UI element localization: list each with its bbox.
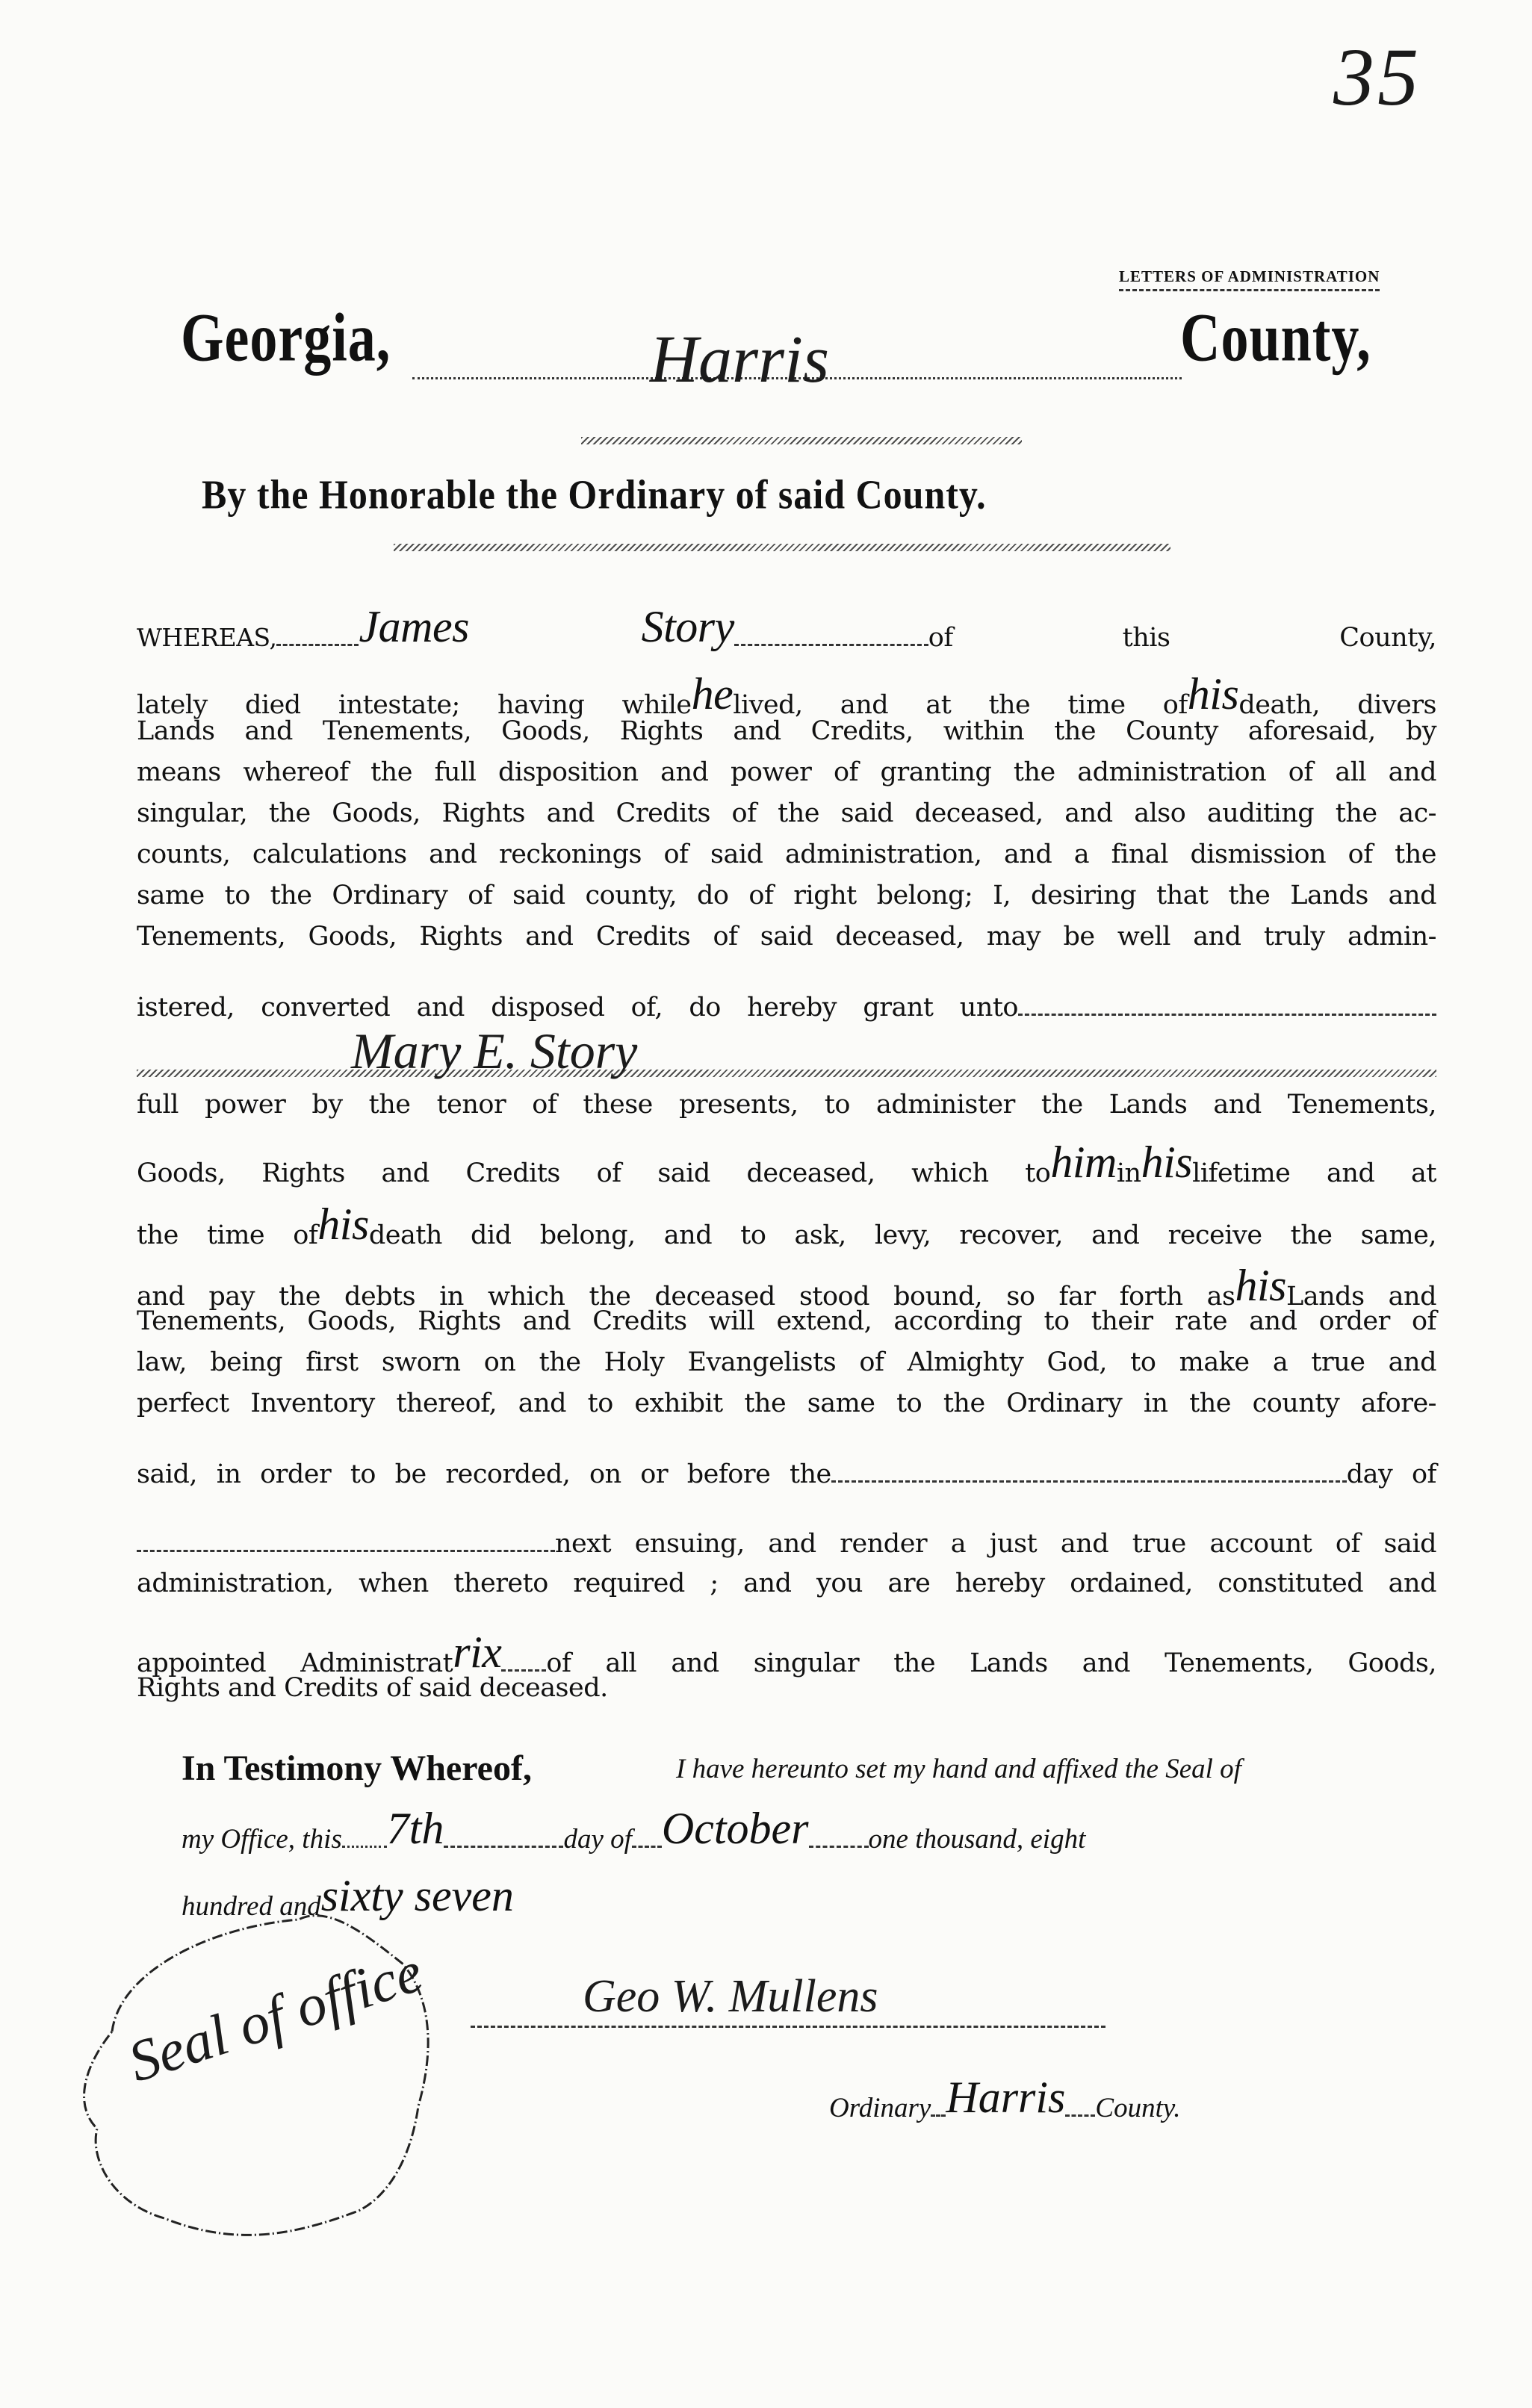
signature-line — [471, 2026, 1105, 2028]
text: one thousand, eight — [869, 1824, 1086, 1855]
body-line: Rights and Credits of said deceased. — [137, 1675, 608, 1701]
body-line: same to the Ordinary of said county, do … — [137, 883, 1436, 909]
body-line: said, in order to be recorded, on or bef… — [137, 1462, 1436, 1488]
text: Goods, Rights and Credits of said deceas… — [137, 1158, 1050, 1188]
body-line: means whereof the full disposition and p… — [137, 760, 1436, 786]
body-line: Goods, Rights and Credits of said deceas… — [137, 1144, 1436, 1189]
whereas-label: WHEREAS, — [137, 623, 276, 652]
text: day of — [1347, 1459, 1436, 1489]
body-line: lately died intestate; having whileheliv… — [137, 676, 1436, 721]
body-line: counts, calculations and reckonings of s… — [137, 842, 1436, 868]
body-line: istered, converted and disposed of, do h… — [137, 995, 1436, 1021]
text: the time of — [137, 1220, 317, 1250]
pronoun-fill: his — [1188, 669, 1239, 719]
county-fill: Harris — [946, 2073, 1065, 2122]
pronoun-fill: his — [1141, 1138, 1193, 1187]
pronoun-fill: his — [317, 1200, 369, 1249]
body-line: and pay the debts in which the deceased … — [137, 1267, 1436, 1312]
body-line: singular, the Goods, Rights and Credits … — [137, 801, 1436, 827]
text: lately died intestate; having while — [137, 690, 692, 720]
text: next ensuing, and render a just and true… — [555, 1529, 1436, 1559]
text: of all and singular the Lands and Teneme… — [546, 1648, 1436, 1678]
body-line: perfect Inventory thereof, and to exhibi… — [137, 1391, 1436, 1417]
text: death, divers — [1238, 690, 1436, 720]
body-line: Tenements, Goods, Rights and Credits wil… — [137, 1309, 1436, 1335]
body-line: Tenements, Goods, Rights and Credits of … — [137, 924, 1436, 950]
pronoun-fill: him — [1050, 1138, 1117, 1187]
testimony-text: I have hereunto set my hand and affixed … — [676, 1753, 1241, 1785]
pronoun-fill: his — [1235, 1261, 1287, 1310]
text: death did belong, and to ask, levy, reco… — [369, 1220, 1436, 1250]
text: of this County, — [928, 623, 1436, 653]
page-number: 35 — [1333, 30, 1421, 125]
body-line: administration, when thereto required ; … — [137, 1571, 1436, 1597]
divider-rule — [137, 1070, 1436, 1077]
text: in — [1117, 1158, 1141, 1188]
text: lifetime and at — [1192, 1158, 1436, 1188]
text: day of — [563, 1824, 631, 1855]
county-title: County, — [1180, 299, 1371, 378]
text: istered, converted and disposed of, do h… — [137, 993, 1018, 1023]
body-line: next ensuing, and render a just and true… — [137, 1531, 1436, 1557]
testimony-date-line: my Office, this7thday ofOctoberone thous… — [182, 1807, 1085, 1859]
divider-rule — [394, 544, 1170, 551]
seal-of-office: Seal of office — [15, 1860, 553, 2251]
text: said, in order to be recorded, on or bef… — [137, 1459, 831, 1489]
pronoun-fill: he — [692, 669, 734, 719]
text: County. — [1095, 2093, 1180, 2123]
body-line: appointed Administratrixof all and singu… — [137, 1634, 1436, 1679]
signature: Geo W. Mullens — [583, 1970, 878, 2023]
body-line: law, being first sworn on the Holy Evang… — [137, 1350, 1436, 1376]
text: my Office, this — [182, 1824, 342, 1855]
divider-rule — [581, 437, 1022, 444]
form-label: LETTERS OF ADMINISTRATION — [1119, 267, 1380, 291]
text: Ordinary — [829, 2093, 931, 2123]
state-title: Georgia, — [181, 299, 391, 378]
body-line: full power by the tenor of these present… — [137, 1092, 1436, 1118]
ordinary-line: OrdinaryHarrisCounty. — [829, 2076, 1181, 2128]
title-suffix-fill: rix — [453, 1627, 501, 1677]
deceased-name: James Story — [359, 602, 734, 651]
testimony-label: In Testimony Whereof, — [182, 1748, 532, 1789]
body-line: WHEREAS,James Storyof this County, — [137, 609, 1436, 654]
text: lived, and at the time of — [733, 690, 1188, 720]
body-line: Lands and Tenements, Goods, Rights and C… — [137, 719, 1436, 745]
day-fill: 7th — [387, 1804, 444, 1853]
body-line: the time ofhisdeath did belong, and to a… — [137, 1206, 1436, 1251]
heading: By the Honorable the Ordinary of said Co… — [202, 471, 1412, 518]
month-fill: October — [662, 1804, 809, 1853]
seal-icon — [15, 1860, 553, 2248]
county-handwritten: Harris — [650, 321, 829, 398]
